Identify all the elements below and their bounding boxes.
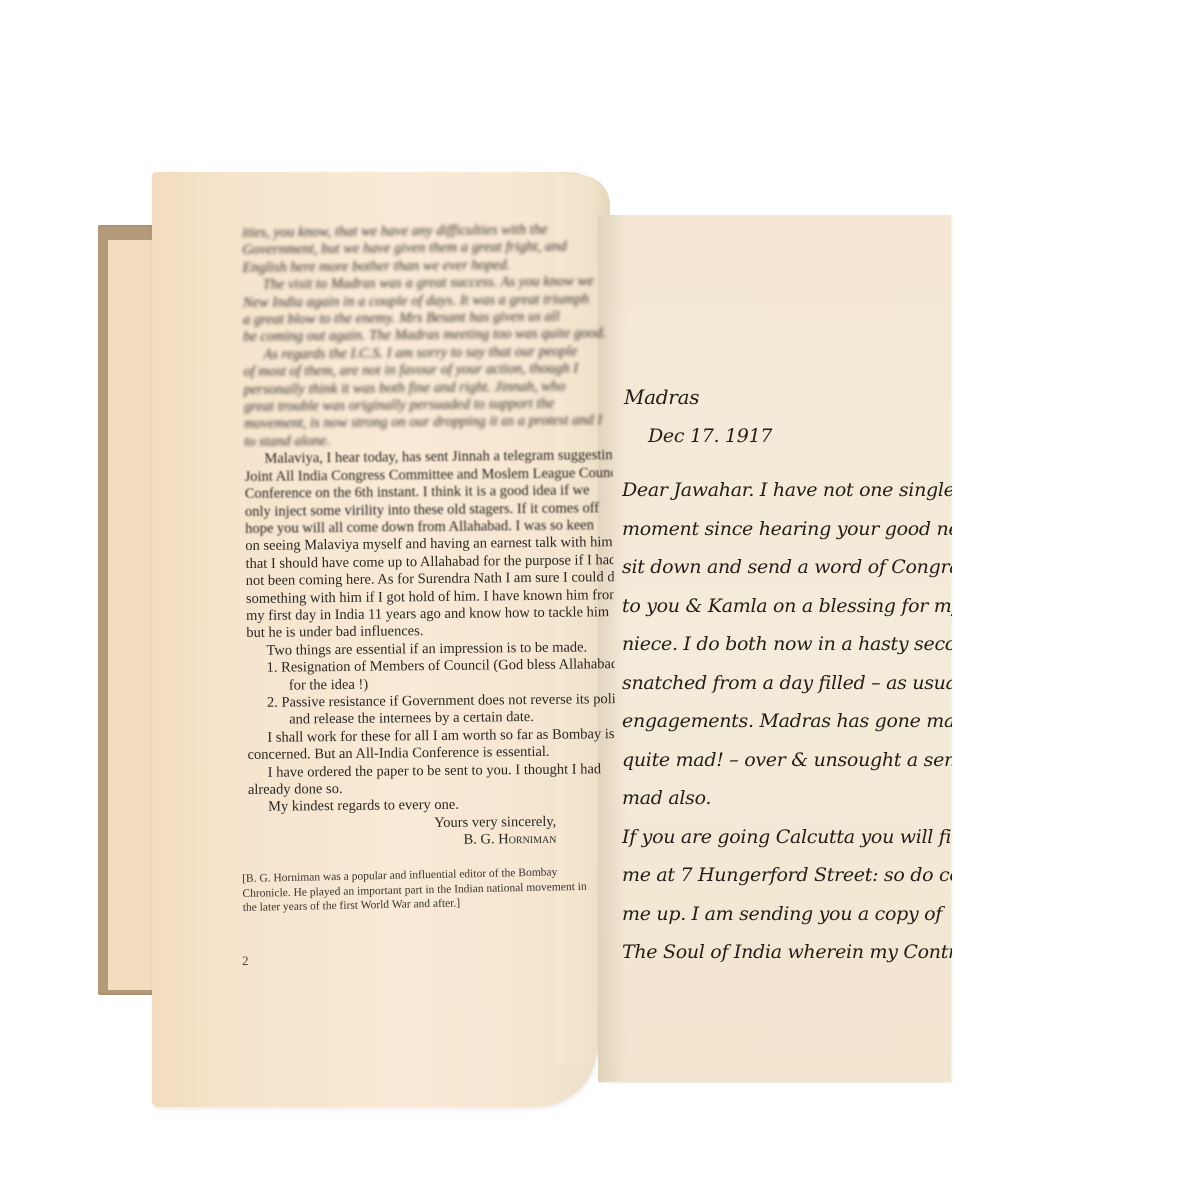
handwritten-line: Dear Jawahar. I have not one single — [622, 471, 952, 510]
handwritten-line: me up. I am sending you a copy of — [622, 895, 952, 934]
list-item-2: 2. Passive resistance if Government does… — [247, 691, 615, 730]
letter-place: Madras — [622, 378, 952, 417]
letter-date: Dec 17. 1917 — [622, 417, 952, 456]
handwritten-line: niece. I do both now in a hasty second — [622, 625, 952, 664]
handwritten-line: The Soul of India wherein my Contributio… — [622, 933, 952, 972]
handwritten-line: to you & Kamla on a blessing for my new — [622, 587, 952, 626]
handwritten-line: mad also. — [622, 779, 952, 818]
blurred-text-block: ities, you know, that we have any diffic… — [242, 221, 612, 451]
list-item-1: 1. Resignation of Members of Council (Go… — [247, 656, 615, 695]
list-number: 1. — [267, 660, 278, 676]
printed-letter: ities, you know, that we have any diffic… — [242, 221, 617, 851]
handwritten-line: quite mad! – over & unsought a sendup in — [622, 741, 952, 780]
list-number: 2. — [267, 695, 278, 711]
handwritten-letter: Madras Dec 17. 1917 Dear Jawahar. I have… — [622, 378, 952, 972]
footnote: [B. G. Horniman was a popular and influe… — [242, 864, 613, 915]
handwritten-line: engagements. Madras has gone mad – so — [622, 702, 952, 741]
text-line: Resignation of Members of Council (God b… — [281, 656, 615, 675]
handwritten-line: snatched from a day filled – as usual wi… — [622, 664, 952, 703]
handwritten-line: sit down and send a word of Congratulati… — [622, 548, 952, 587]
handwritten-line: moment since hearing your good news to — [622, 510, 952, 549]
page-number: 2 — [242, 953, 249, 969]
paragraph-continued: on seeing Malaviya myself and having an … — [245, 534, 616, 851]
handwritten-line: If you are going Calcutta you will find — [622, 818, 952, 857]
handwritten-line: me at 7 Hungerford Street: so do come & … — [622, 856, 952, 895]
book-photo: ities, you know, that we have any diffic… — [0, 0, 1200, 1200]
text-line: Passive resistance if Government does no… — [281, 691, 615, 710]
paragraph-malaviya: Malaviya, I hear today, has sent Jinnah … — [244, 447, 613, 538]
